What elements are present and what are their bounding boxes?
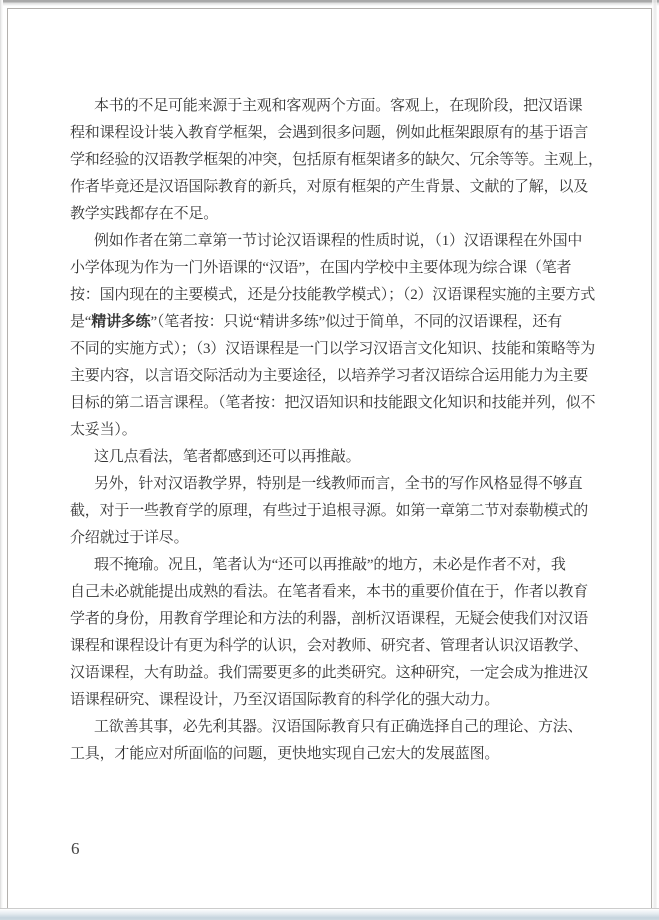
scan-bottom-shadow-artifact	[0, 908, 659, 920]
text-line: 截，对于一些教育学的原理，有些过于追根寻源。如第一章第二节对泰勒模式的	[70, 498, 589, 525]
text-line: 作者毕竟还是汉语国际教育的新兵，对原有框架的产生背景、文献的了解，以及	[70, 174, 589, 201]
paragraph: 另外，针对汉语教学界，特别是一线教师而言，全书的写作风格显得不够直 截，对于一些…	[70, 471, 589, 552]
scan-right-edge-artifact	[652, 0, 657, 920]
scan-left-edge-artifact	[0, 0, 3, 920]
text-line: 程和课程设计装入教育学框架，会遇到很多问题，例如此框架跟原有的基于语言	[70, 120, 589, 147]
emphasized-term: 精讲多练	[91, 314, 150, 330]
paragraph: 本书的不足可能来源于主观和客观两个方面。客观上，在现阶段，把汉语课 程和课程设计…	[70, 93, 589, 228]
text-segment: ”（笔者按：只说“精讲多练”似过于简单，不同的汉语课程，还有	[150, 314, 561, 330]
page-number: 6	[71, 839, 80, 859]
text-segment: 是“	[70, 314, 91, 330]
paragraph: 工欲善其事，必先利其器。汉语国际教育只有正确选择自己的理论、方法、 工具，才能应…	[70, 714, 589, 768]
text-line: 自己未必就能提出成熟的看法。在笔者看来，本书的重要价值在于，作者以教育	[70, 579, 589, 606]
text-line: 例如作者在第二章第一节讨论汉语课程的性质时说，（1）汉语课程在外国中	[70, 228, 589, 255]
text-line: 目标的第二语言课程。（笔者按：把汉语知识和技能跟文化知识和技能并列，似不	[70, 390, 589, 417]
text-line: 按：国内现在的主要模式，还是分技能教学模式）；（2）汉语课程实施的主要方式	[70, 282, 589, 309]
scan-top-edge-artifact	[0, 0, 659, 6]
text-line: 学者的身份，用教育学理论和方法的利器，剖析汉语课程，无疑会使我们对汉语	[70, 606, 589, 633]
text-line: 太妥当）。	[70, 417, 589, 444]
text-line: 工欲善其事，必先利其器。汉语国际教育只有正确选择自己的理论、方法、	[70, 714, 589, 741]
text-line: 介绍就过于详尽。	[70, 525, 589, 552]
paragraph: 瑕不掩瑜。况且，笔者认为“还可以再推敲”的地方，未必是作者不对，我 自己未必就能…	[70, 552, 589, 714]
text-line: 语课程研究、课程设计，乃至汉语国际教育的科学化的强大动力。	[70, 687, 589, 714]
text-line-with-emphasis: 是“精讲多练”（笔者按：只说“精讲多练”似过于简单，不同的汉语课程，还有	[70, 309, 589, 336]
text-line: 另外，针对汉语教学界，特别是一线教师而言，全书的写作风格显得不够直	[70, 471, 589, 498]
text-line: 瑕不掩瑜。况且，笔者认为“还可以再推敲”的地方，未必是作者不对，我	[70, 552, 589, 579]
text-line: 汉语课程，大有助益。我们需要更多的此类研究。这种研究，一定会成为推进汉	[70, 660, 589, 687]
text-line: 教学实践都存在不足。	[70, 201, 589, 228]
scanned-book-page: 本书的不足可能来源于主观和客观两个方面。客观上，在现阶段，把汉语课 程和课程设计…	[0, 0, 659, 920]
text-line: 工具，才能应对所面临的问题，更快地实现自己宏大的发展蓝图。	[70, 741, 589, 768]
text-line: 课程和课程设计有更为科学的认识，会对教师、研究者、管理者认识汉语教学、	[70, 633, 589, 660]
text-line: 学和经验的汉语教学框架的冲突，包括原有框架诸多的缺欠、冗余等等。主观上，	[70, 147, 589, 174]
body-text: 本书的不足可能来源于主观和客观两个方面。客观上，在现阶段，把汉语课 程和课程设计…	[70, 93, 589, 768]
paragraph: 这几点看法，笔者都感到还可以再推敲。	[70, 444, 589, 471]
text-line: 不同的实施方式）；（3）汉语课程是一门以学习汉语言文化知识、技能和策略等为	[70, 336, 589, 363]
text-line: 本书的不足可能来源于主观和客观两个方面。客观上，在现阶段，把汉语课	[70, 93, 589, 120]
text-line: 这几点看法，笔者都感到还可以再推敲。	[70, 444, 589, 471]
text-line: 主要内容，以言语交际活动为主要途径，以培养学习者汉语综合运用能力为主要	[70, 363, 589, 390]
text-line: 小学体现为作为一门外语课的“汉语”，在国内学校中主要体现为综合课（笔者	[70, 255, 589, 282]
paragraph: 例如作者在第二章第一节讨论汉语课程的性质时说，（1）汉语课程在外国中 小学体现为…	[70, 228, 589, 444]
